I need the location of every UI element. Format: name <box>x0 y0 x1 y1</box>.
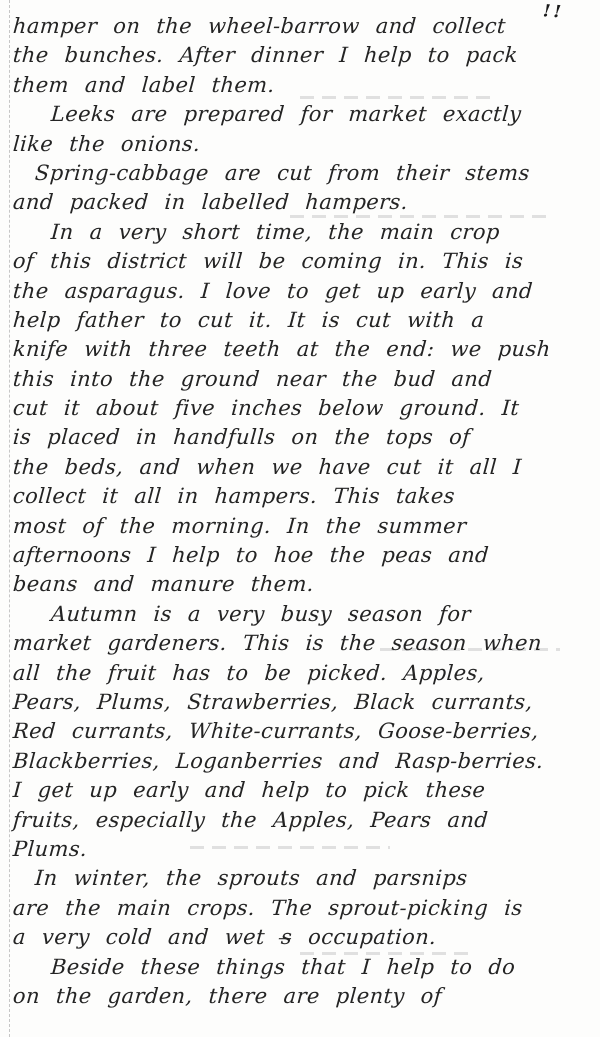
handwritten-line: cut it about five inches below ground. I… <box>12 394 600 423</box>
margin-rule-line <box>9 0 10 1037</box>
handwritten-line: Spring-cabbage are cut from their stems <box>12 159 600 188</box>
handwritten-line: like the onions. <box>12 130 600 159</box>
handwritten-line: hamper on the wheel-barrow and collect <box>12 12 600 41</box>
handwritten-line: and packed in labelled hampers. <box>12 188 600 217</box>
handwritten-line: the bunches. After dinner I help to pack <box>12 41 600 70</box>
handwritten-line: In a very short time, the main crop <box>12 218 600 247</box>
handwritten-line: Autumn is a very busy season for <box>12 600 600 629</box>
handwritten-line: are the main crops. The sprout-picking i… <box>12 894 600 923</box>
handwritten-line: this into the ground near the bud and <box>12 365 600 394</box>
handwritten-line: collect it all in hampers. This takes <box>12 482 600 511</box>
handwritten-line: a very cold and wet s̶ occupation. <box>12 923 600 952</box>
handwritten-line: Blackberries, Loganberries and Rasp-berr… <box>12 747 600 776</box>
handwritten-line: Leeks are prepared for market exactly <box>12 100 600 129</box>
handwritten-line: I get up early and help to pick these <box>12 776 600 805</box>
handwritten-line: the asparagus. I love to get up early an… <box>12 277 600 306</box>
handwritten-line: Red currants, White-currants, Goose-berr… <box>12 717 600 746</box>
handwritten-line: Plums. <box>12 835 600 864</box>
handwritten-text-block: hamper on the wheel-barrow and collect t… <box>13 12 600 1011</box>
handwritten-line: on the garden, there are plenty of <box>12 982 600 1011</box>
handwritten-line: most of the morning. In the summer <box>12 512 600 541</box>
manuscript-page: !! hamper on the wheel-barrow and collec… <box>0 0 600 1037</box>
handwritten-line: them and label them. <box>12 71 600 100</box>
handwritten-line: knife with three teeth at the end: we pu… <box>12 335 600 364</box>
handwritten-line: Pears, Plums, Strawberries, Black curran… <box>12 688 600 717</box>
handwritten-line: In winter, the sprouts and parsnips <box>12 864 600 893</box>
handwritten-line: market gardeners. This is the season whe… <box>12 629 600 658</box>
handwritten-line: is placed in handfulls on the tops of <box>12 423 600 452</box>
handwritten-line: fruits, especially the Apples, Pears and <box>12 806 600 835</box>
handwritten-line: help father to cut it. It is cut with a <box>12 306 600 335</box>
handwritten-line: the beds, and when we have cut it all I <box>12 453 600 482</box>
handwritten-line: afternoons I help to hoe the peas and <box>12 541 600 570</box>
handwritten-line: all the fruit has to be picked. Apples, <box>12 659 600 688</box>
handwritten-line: Beside these things that I help to do <box>12 953 600 982</box>
handwritten-line: of this district will be coming in. This… <box>12 247 600 276</box>
handwritten-line: beans and manure them. <box>12 570 600 599</box>
